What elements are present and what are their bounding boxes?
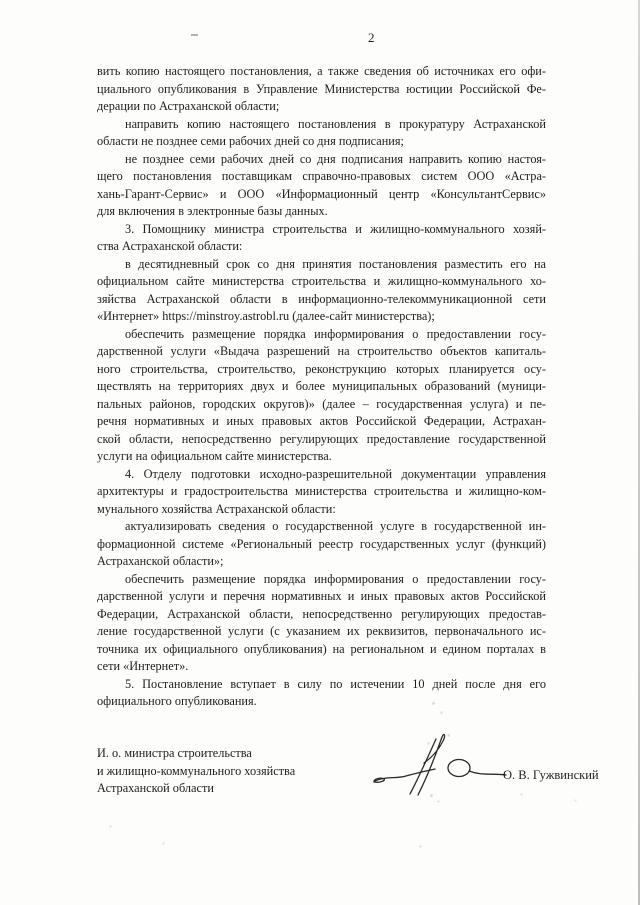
text-line: направить копию настоящего постановления… <box>97 116 546 134</box>
text-line: Федерации, Астраханской области, непосре… <box>97 606 546 624</box>
scan-artifact-dash <box>191 34 198 36</box>
paragraph: обеспечить размещение порядка информиров… <box>97 571 546 676</box>
document-page: { "page": { "number": "2" }, "document":… <box>0 0 640 905</box>
text-line: для включения в электронные базы данных. <box>97 203 546 221</box>
text-line: услуги на официальном сайте министерства… <box>97 448 546 466</box>
text-line: официальном сайте министерства строитель… <box>97 273 546 291</box>
text-line: дарственной услуги «Выдача разрешений на… <box>97 343 546 361</box>
text-line: мунального хозяйства Астраханской област… <box>97 501 546 519</box>
text-line: ного строительства, строительство, рекон… <box>97 361 546 379</box>
paragraph: обеспечить размещение порядка информиров… <box>97 326 546 466</box>
text-line: точника их официального опубликования) н… <box>97 641 546 659</box>
text-line: Астраханской области»; <box>97 553 546 571</box>
text-line: официального опубликования. <box>97 693 546 711</box>
paragraph: не позднее семи рабочих дней со дня подп… <box>97 151 546 221</box>
text-line: 5. Постановление вступает в силу по исте… <box>97 676 546 694</box>
page-number: 2 <box>368 30 375 45</box>
text-line: актуализировать сведения о государственн… <box>97 518 546 536</box>
text-line: ществлять на территориях двух и более му… <box>97 378 546 396</box>
text-line: хань-Гарант-Сервис» и ООО «Информационны… <box>97 186 546 204</box>
signature-position: И. о. министра строительстваи жилищно-ко… <box>97 745 357 798</box>
paragraph: 4. Отделу подготовки исходно-разрешитель… <box>97 466 546 519</box>
paragraph: актуализировать сведения о государственн… <box>97 518 546 571</box>
text-line: области не позднее семи рабочих дней со … <box>97 133 546 151</box>
text-line: ской области, непосредственно регулирующ… <box>97 431 546 449</box>
text-line: речня нормативных и иных правовых актов … <box>97 413 546 431</box>
text-line: вить копию настоящего постановления, а т… <box>97 63 546 81</box>
text-line: сети «Интернет». <box>97 658 546 676</box>
handwritten-signature-icon <box>372 729 512 799</box>
text-line: обеспечить размещение порядка информиров… <box>97 326 546 344</box>
paragraph: 5. Постановление вступает в силу по исте… <box>97 676 546 711</box>
text-line: пальных районов, городских округов)» (да… <box>97 396 546 414</box>
paragraph: направить копию настоящего постановления… <box>97 116 546 151</box>
text-line: зяйства Астраханской области в информаци… <box>97 291 546 309</box>
paragraph: 3. Помощнику министра строительства и жи… <box>97 221 546 256</box>
signature-position-line: и жилищно-коммунального хозяйства <box>97 763 357 781</box>
text-line: циального опубликования в Управление Мин… <box>97 81 546 99</box>
paragraph: в десятидневный срок со дня принятия пос… <box>97 256 546 326</box>
paragraph: вить копию настоящего постановления, а т… <box>97 63 546 116</box>
text-line: дерации по Астраханской области; <box>97 98 546 116</box>
text-line: обеспечить размещение порядка информиров… <box>97 571 546 589</box>
document-body: вить копию настоящего постановления, а т… <box>97 63 546 711</box>
text-line: не позднее семи рабочих дней со дня подп… <box>97 151 546 169</box>
text-line: ление государственной услуги (с указание… <box>97 623 546 641</box>
text-line: формационной системе «Региональный реест… <box>97 536 546 554</box>
text-line: дарственной услуги и перечня нормативных… <box>97 588 546 606</box>
text-line: щего постановления поставщикам справочно… <box>97 168 546 186</box>
text-line: «Интернет» https://minstroy.astrobl.ru (… <box>97 308 546 326</box>
text-line: 4. Отделу подготовки исходно-разрешитель… <box>97 466 546 484</box>
text-line: 3. Помощнику министра строительства и жи… <box>97 221 546 239</box>
scan-noise <box>0 0 1 1</box>
text-line: архитектуры и градостроительства министе… <box>97 483 546 501</box>
text-line: ства Астраханской области: <box>97 238 546 256</box>
text-line: в десятидневный срок со дня принятия пос… <box>97 256 546 274</box>
signature-position-line: Астраханской области <box>97 780 357 798</box>
signature-position-line: И. о. министра строительства <box>97 745 357 763</box>
signature-name: О. В. Гужвинский <box>503 768 599 783</box>
